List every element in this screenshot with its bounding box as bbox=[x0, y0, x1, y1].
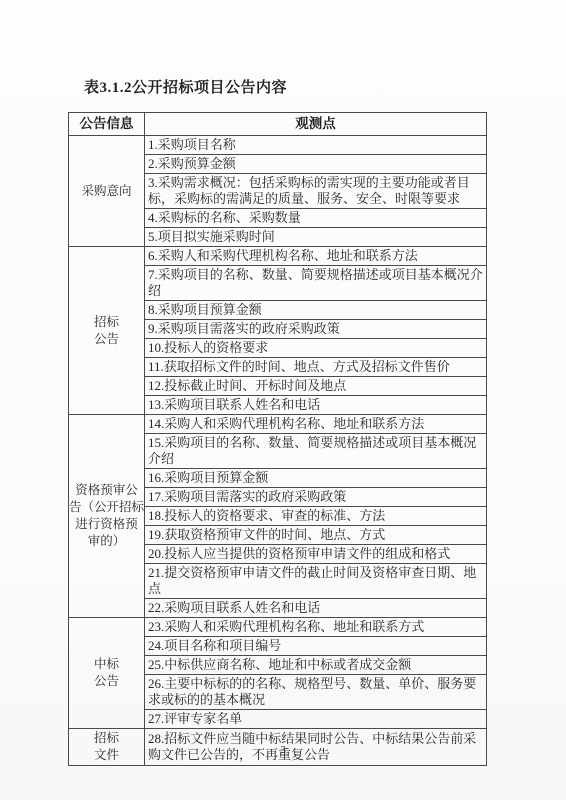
observation-item: 25.中标供应商名称、地址和中标或者成交金额 bbox=[145, 656, 487, 675]
observation-item: 18.投标人的资格要求、审查的标准、方法 bbox=[145, 507, 487, 526]
section-label-bid-announcement: 招标 公告 bbox=[69, 247, 145, 415]
page-number: 3 bbox=[0, 744, 566, 756]
table-row: 采购意向 1.采购项目名称 bbox=[69, 136, 487, 155]
observation-item: 7.采购项目的名称、数量、简要规格描述或项目基本概况介绍 bbox=[145, 266, 487, 301]
observation-item: 19.获取资格预审文件的时间、地点、方式 bbox=[145, 526, 487, 545]
observation-item: 17.采购项目需落实的政府采购政策 bbox=[145, 488, 487, 507]
announcement-table: 公告信息 观测点 采购意向 1.采购项目名称 2.采购预算金额 3.采购需求概况… bbox=[68, 112, 487, 766]
observation-item: 15.采购项目的名称、数量、简要规格描述或项目基本概况介绍 bbox=[145, 434, 487, 469]
page-title: 表3.1.2公开招标项目公告内容 bbox=[84, 76, 287, 97]
section-label-prequalification-announcement: 资格预审公 告（公开招标 进行资格预 审的） bbox=[69, 415, 145, 618]
observation-item: 12.投标截止时间、开标时间及地点 bbox=[145, 377, 487, 396]
observation-item: 22.采购项目联系人姓名和电话 bbox=[145, 599, 487, 618]
observation-item: 3.采购需求概况：包括采购标的需实现的主要功能或者目标，采购标的需满足的质量、服… bbox=[145, 174, 487, 209]
observation-item: 21.提交资格预审申请文件的截止时间及资格审查日期、地点 bbox=[145, 564, 487, 599]
observation-item: 14.采购人和采购代理机构名称、地址和联系方法 bbox=[145, 415, 487, 434]
observation-item: 6.采购人和采购代理机构名称、地址和联系方法 bbox=[145, 247, 487, 266]
table-row: 资格预审公 告（公开招标 进行资格预 审的） 14.采购人和采购代理机构名称、地… bbox=[69, 415, 487, 434]
observation-item: 27.评审专家名单 bbox=[145, 710, 487, 729]
table-row: 中标 公告 23.采购人和采购代理机构名称、地址和联系方式 bbox=[69, 618, 487, 637]
observation-item: 4.采购标的名称、采购数量 bbox=[145, 209, 487, 228]
observation-item: 2.采购预算金额 bbox=[145, 155, 487, 174]
observation-item: 5.项目拟实施采购时间 bbox=[145, 228, 487, 247]
observation-item: 20.投标人应当提供的资格预审申请文件的组成和格式 bbox=[145, 545, 487, 564]
section-label-procurement-intent: 采购意向 bbox=[69, 136, 145, 247]
table-header-row: 公告信息 观测点 bbox=[69, 113, 487, 136]
header-cell-observation-point: 观测点 bbox=[145, 113, 487, 136]
observation-item: 23.采购人和采购代理机构名称、地址和联系方式 bbox=[145, 618, 487, 637]
observation-item: 9.采购项目需落实的政府采购政策 bbox=[145, 320, 487, 339]
observation-item: 26.主要中标标的的名称、规格型号、数量、单价、服务要求或标的的基本概况 bbox=[145, 675, 487, 710]
table-row: 招标 公告 6.采购人和采购代理机构名称、地址和联系方法 bbox=[69, 247, 487, 266]
observation-item: 11.获取招标文件的时间、地点、方式及招标文件售价 bbox=[145, 358, 487, 377]
header-cell-announcement-info: 公告信息 bbox=[69, 113, 145, 136]
observation-item: 24.项目名称和项目编号 bbox=[145, 637, 487, 656]
observation-item: 10.投标人的资格要求 bbox=[145, 339, 487, 358]
observation-item: 8.采购项目预算金额 bbox=[145, 301, 487, 320]
scan-page: 表3.1.2公开招标项目公告内容 公告信息 观测点 采购意向 1.采购项目名称 … bbox=[0, 0, 566, 800]
observation-item: 1.采购项目名称 bbox=[145, 136, 487, 155]
observation-item: 16.采购项目预算金额 bbox=[145, 469, 487, 488]
observation-item: 13.采购项目联系人姓名和电话 bbox=[145, 396, 487, 415]
section-label-award-announcement: 中标 公告 bbox=[69, 618, 145, 729]
